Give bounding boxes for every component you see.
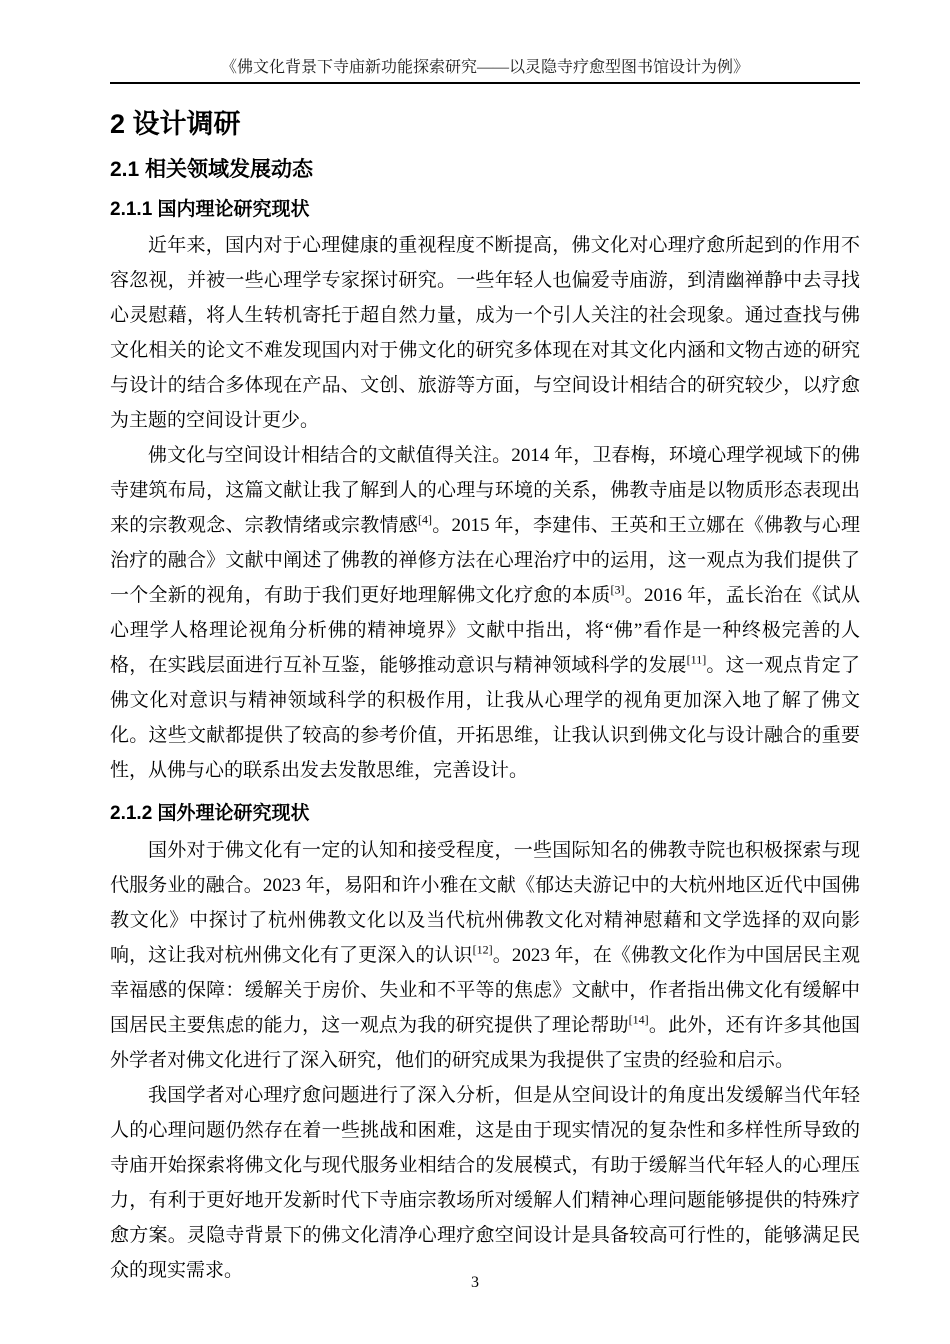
text-run: 近年来，国内对于心理健康的重视程度不断提高，佛文化对心理疗愈所起到的作用不容忽视…	[110, 235, 860, 431]
citation-ref: [11]	[687, 653, 707, 667]
document-page: 《佛文化背景下寺庙新功能探索研究——以灵隐寺疗愈型图书馆设计为例》 2 设计调研…	[0, 0, 950, 1344]
chapter-heading: 2 设计调研	[110, 108, 860, 140]
running-header-title: 《佛文化背景下寺庙新功能探索研究——以灵隐寺疗愈型图书馆设计为例》	[110, 58, 860, 84]
section-heading: 2.1 相关领域发展动态	[110, 157, 860, 183]
paragraph: 佛文化与空间设计相结合的文献值得关注。2014 年，卫春梅，环境心理学视域下的佛…	[110, 438, 860, 788]
page-number: 3	[0, 1274, 950, 1292]
citation-ref: [3]	[610, 583, 624, 597]
paragraph: 国外对于佛文化有一定的认知和接受程度，一些国际知名的佛教寺院也积极探索与现代服务…	[110, 833, 860, 1078]
subsection-heading: 2.1.2 国外理论研究现状	[110, 802, 860, 827]
citation-ref: [14]	[629, 1013, 649, 1027]
citation-ref: [4]	[418, 513, 432, 527]
paragraph: 我国学者对心理疗愈问题进行了深入分析，但是从空间设计的角度出发缓解当代年轻人的心…	[110, 1078, 860, 1288]
citation-ref: [12]	[473, 943, 493, 957]
subsection-heading: 2.1.1 国内理论研究现状	[110, 198, 860, 223]
text-run: 我国学者对心理疗愈问题进行了深入分析，但是从空间设计的角度出发缓解当代年轻人的心…	[110, 1085, 860, 1281]
document-body: 2 设计调研2.1 相关领域发展动态2.1.1 国内理论研究现状近年来，国内对于…	[110, 108, 860, 1288]
paragraph: 近年来，国内对于心理健康的重视程度不断提高，佛文化对心理疗愈所起到的作用不容忽视…	[110, 228, 860, 438]
